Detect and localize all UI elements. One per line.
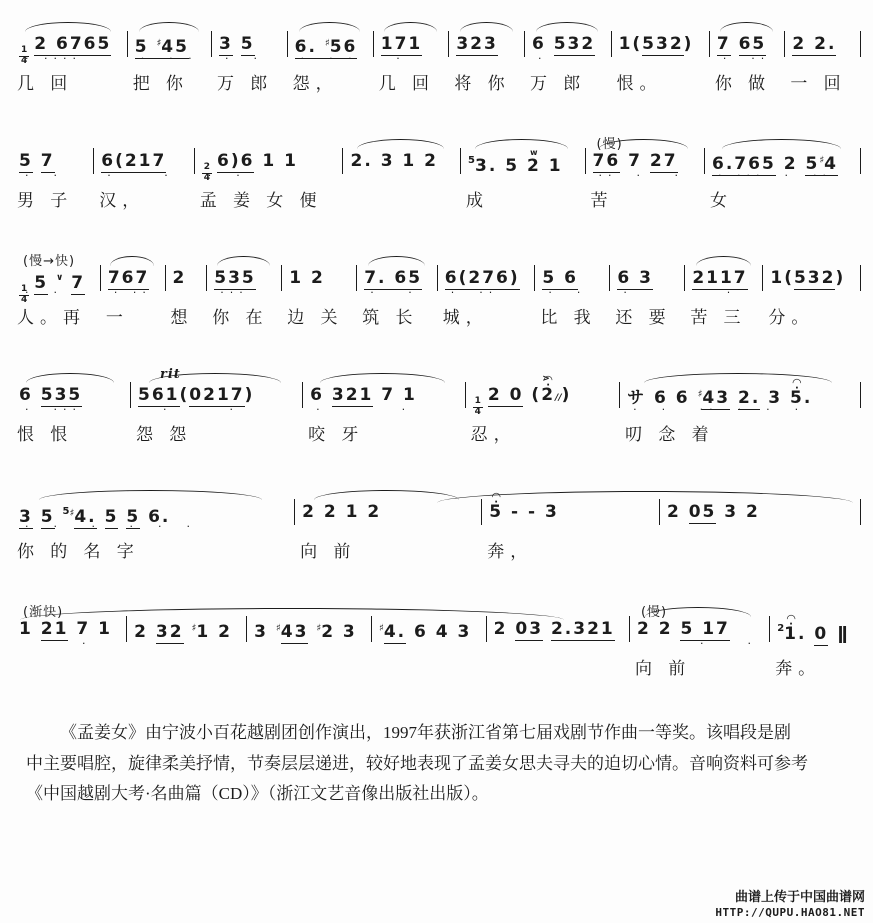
- tempo-annotation: [540, 250, 604, 266]
- sharp-sign: ♯: [192, 623, 197, 634]
- measure-notes: 7. 65: [362, 266, 432, 290]
- measure: 6 3·还 要: [610, 250, 684, 327]
- measure: 2 2 1 2向 前: [295, 484, 481, 561]
- lyric-text: 奔，: [487, 537, 654, 561]
- octave-dots: [348, 173, 455, 182]
- lyric-text: 筑 长: [362, 303, 432, 327]
- octave-dots: [471, 407, 615, 416]
- tempo-annotation: [768, 250, 855, 266]
- lyric-text: 将 你: [454, 69, 519, 93]
- lyric-text: 你 的 名 字: [17, 537, 289, 561]
- octave-dots: · ·: [217, 56, 282, 65]
- octave-dots: · ··: [443, 290, 530, 299]
- measure-notes: 3 5: [217, 32, 282, 56]
- measure: 3 5 5♯4. 5 5 6.· · · · · ·你 的 名 字: [12, 484, 294, 561]
- measure: 5 7· ·男 子: [12, 133, 93, 210]
- score-line: (渐快)1 21 7 1 ·2 32 ♯1 23 ♯43 ♯2 3♯4. 6 4…: [12, 601, 861, 678]
- octave-dots: [171, 290, 202, 299]
- lyric-text: 一 回: [790, 69, 855, 93]
- lyric-text: 怨 怨: [136, 420, 297, 444]
- lyric-text: 苦: [591, 186, 699, 210]
- tempo-annotation: [171, 250, 202, 266]
- sharp-sign: ♯: [156, 38, 161, 49]
- tempo-annotation: [492, 601, 624, 617]
- lyric-text: 汉，: [99, 186, 188, 210]
- tempo-annotation: [443, 250, 530, 266]
- octave-dots: [287, 290, 351, 299]
- lyric-text: 恨。: [617, 69, 704, 93]
- lyric-text: 向 前: [635, 654, 764, 678]
- octave-dots: [252, 641, 366, 650]
- lyric-text: 几 回: [379, 69, 444, 93]
- lyric-text: [17, 654, 121, 678]
- octave-dots: [665, 524, 855, 533]
- measure-notes: 2117: [690, 266, 757, 290]
- lyric-text: [132, 654, 241, 678]
- measure: 6(217· ·汉，: [94, 133, 193, 210]
- measure-notes: 767: [106, 266, 160, 290]
- measure-notes: 2: [171, 266, 202, 290]
- measure-notes: 145 ∨ 7: [17, 266, 95, 290]
- barline: [860, 31, 861, 57]
- measure: 2117 ·苦 三: [685, 250, 762, 327]
- sharp-sign: ♯: [316, 623, 321, 634]
- measure-notes: 6 535: [17, 383, 125, 407]
- note-with-ornament: 5: [489, 500, 503, 524]
- lyric-text: 一: [106, 303, 160, 327]
- tempo-annotation: [17, 133, 88, 149]
- note-with-ornament: 1: [784, 622, 798, 646]
- octave-dots: · ··: [106, 290, 160, 299]
- lyric-text: 分。: [768, 303, 855, 327]
- score-line: 5 7· ·男 子6(217· ·汉，246)6 1 1· ·孟 姜 女 便2.…: [12, 133, 861, 210]
- measure: 171 · 几 回: [374, 16, 449, 93]
- measure-notes: 1 2: [287, 266, 351, 290]
- lyric-text: [348, 186, 455, 210]
- score-line: 6 535· ···恨 恨rit561(0217) · ·怨 怨6 321 7 …: [12, 367, 861, 444]
- note-with-ornament: 5: [790, 386, 804, 410]
- measure-notes: ♯4. 6 4 3: [377, 617, 481, 641]
- measure: 1 2边 关: [282, 250, 356, 327]
- octave-dots: · ·: [200, 173, 338, 182]
- measure-notes: 5 7: [17, 149, 88, 173]
- tempo-annotation: [617, 16, 704, 32]
- measure: 5 ♯45· · ·把 你: [128, 16, 211, 93]
- measure: (慢)76 7 27·· · ·苦: [586, 133, 704, 210]
- description-line: 《孟姜女》由宁波小百花越剧团创作演出，1997年获浙江省第七届戏剧节作曲一等奖。…: [26, 718, 847, 749]
- lyric-text: 向 前: [300, 537, 476, 561]
- tempo-annotation: [665, 484, 855, 500]
- measure-notes: 5 - - 3: [487, 500, 654, 524]
- octave-dots: ···: [212, 290, 276, 299]
- measure-notes: 1(532): [617, 32, 704, 56]
- tempo-annotation: [615, 250, 679, 266]
- octave-dots: ·: [530, 56, 606, 65]
- measure: 142 0 (>2∕∕)忍，: [466, 367, 620, 444]
- lyric-text: 几 回: [17, 69, 122, 93]
- lyric-text: [252, 654, 366, 678]
- octave-dots: ·: [690, 290, 757, 299]
- measure-notes: 6(217: [99, 149, 188, 173]
- lyric-text: 比 我: [540, 303, 604, 327]
- measure-notes: 3 ♯43 ♯2 3: [252, 617, 366, 641]
- score-area: 142 6765· ····几 回5 ♯45· · ·把 你3 5· ·万 郎6…: [0, 0, 873, 678]
- octave-dots: · ····: [17, 56, 122, 65]
- sharp-sign: ♯: [819, 155, 824, 166]
- octave-dots: [454, 56, 519, 65]
- lyric-text: 人。再: [17, 303, 95, 327]
- final-barline: ‖: [836, 622, 849, 646]
- measure: (慢)2 2 5 17 · ·向 前: [630, 601, 769, 678]
- measure-notes: 2 32 ♯1 2: [132, 617, 241, 641]
- measure: 2想: [166, 250, 207, 327]
- measure: 3 5· ·万 郎: [212, 16, 287, 93]
- sharp-sign: ♯: [325, 38, 330, 49]
- measure-notes: 1 21 7 1: [17, 617, 121, 641]
- octave-dots: ·· · ·: [591, 173, 699, 182]
- breath-mark: ∨: [56, 273, 63, 283]
- measure: 6 321 7 1· ·咬 牙: [303, 367, 465, 444]
- measure-notes: 246)6 1 1: [200, 149, 338, 173]
- measure-notes: 1(532): [768, 266, 855, 290]
- tempo-annotation: (渐快): [17, 601, 121, 617]
- measure: 6.765 2 5♯4· ··· · ··女: [705, 133, 860, 210]
- octave-dots: · ·: [362, 290, 432, 299]
- lyric-text: [377, 654, 481, 678]
- measure-notes: サ 6 6 ♯43 2. 3 5.: [625, 383, 855, 407]
- octave-dots: [492, 641, 624, 650]
- description-paragraph: 《孟姜女》由宁波小百花越剧团创作演出，1997年获浙江省第七届戏剧节作曲一等奖。…: [26, 718, 847, 810]
- tempo-annotation: [487, 484, 654, 500]
- measure: 7 65· ··你 做: [710, 16, 785, 93]
- tempo-annotation: [287, 250, 351, 266]
- measure: 3 ♯43 ♯2 3: [247, 601, 371, 678]
- octave-dots: ·: [615, 290, 679, 299]
- measure: 21. 0‖奔。: [770, 601, 861, 678]
- lyric-text: 万 郎: [530, 69, 606, 93]
- measure-notes: 2. 3 1 2: [348, 149, 455, 173]
- measure-notes: 5 6: [540, 266, 604, 290]
- measure: 53. 5 2 1成: [461, 133, 585, 210]
- score-line: 142 6765· ····几 回5 ♯45· · ·把 你3 5· ·万 郎6…: [12, 16, 861, 93]
- lyric-text: 你 做: [715, 69, 780, 93]
- description-line: 中主要唱腔，旋律柔美抒情，节奏层层递进，较好地表现了孟姜女思夫寻夫的迫切心情。音…: [26, 749, 847, 780]
- lyric-text: 还 要: [615, 303, 679, 327]
- measure: 323将 你: [449, 16, 524, 93]
- time-signature: 14: [473, 397, 483, 417]
- measure-notes: 6(276): [443, 266, 530, 290]
- measure-notes: 2 05 3 2: [665, 500, 855, 524]
- measure-notes: 2 2 5 17: [635, 617, 764, 641]
- measure: 2 2.一 回: [785, 16, 860, 93]
- lyric-text: 想: [171, 303, 202, 327]
- lyric-text: 把 你: [133, 69, 206, 93]
- measure-notes: 171: [379, 32, 444, 56]
- measure-notes: 76 7 27: [591, 149, 699, 173]
- note-with-ornament: 2: [541, 383, 555, 407]
- measure: (慢→快)145 ∨ 7· ·人。再: [12, 250, 100, 327]
- octave-dots: · ·: [99, 173, 188, 182]
- description-line: 《中国越剧大考·名曲篇（CD）》（浙江文艺音像出版社出版）。: [26, 779, 847, 810]
- measure: 2 32 ♯1 2: [127, 601, 246, 678]
- octave-dots: ·: [17, 641, 121, 650]
- measure: 7. 65· ·筑 长: [357, 250, 437, 327]
- measure: 5 6· ·比 我: [535, 250, 609, 327]
- lyric-text: 奔。: [775, 654, 856, 678]
- barline: [860, 499, 861, 525]
- octave-dots: ·: [379, 56, 444, 65]
- measure-notes: 21. 0‖: [775, 617, 856, 641]
- lyric-text: 叨 念 着: [625, 420, 855, 444]
- octave-dots: · ···: [17, 407, 125, 416]
- time-signature: 14: [19, 46, 29, 66]
- measure-notes: 5 ♯45: [133, 32, 206, 56]
- measure-notes: 7 65: [715, 32, 780, 56]
- tremolo-slashes: ∕∕: [555, 393, 562, 403]
- lyric-text: 恨 恨: [17, 420, 125, 444]
- score-line: 3 5 5♯4. 5 5 6.· · · · · ·你 的 名 字2 2 1 2…: [12, 484, 861, 561]
- octave-dots: [790, 56, 855, 65]
- measure-notes: 2 2.: [790, 32, 855, 56]
- tempo-annotation: [252, 601, 366, 617]
- measure: ♯4. 6 4 3: [372, 601, 486, 678]
- lyric-text: 苦 三: [690, 303, 757, 327]
- measure-notes: 6.765 2 5♯4: [710, 149, 855, 173]
- measure-notes: 142 6765: [17, 32, 122, 56]
- tempo-annotation: [377, 601, 481, 617]
- measure: 246)6 1 1· ·孟 姜 女 便: [195, 133, 343, 210]
- measure-notes: 6 321 7 1: [308, 383, 460, 407]
- measure: 1(532)分。: [763, 250, 860, 327]
- measure: 2. 3 1 2: [343, 133, 460, 210]
- tempo-annotation: [132, 601, 241, 617]
- measure-notes: 53. 5 2 1: [466, 149, 580, 173]
- grace-note: 2: [777, 623, 784, 634]
- tempo-annotation: [217, 16, 282, 32]
- measure: (渐快)1 21 7 1 ·: [12, 601, 126, 678]
- measure: rit561(0217) · ·怨 怨: [131, 367, 302, 444]
- tempo-annotation: [790, 16, 855, 32]
- watermark: 曲谱上传于中国曲谱网 HTTP://QUPU.HAO81.NET: [715, 890, 865, 920]
- sheet-music-page: 142 6765· ····几 回5 ♯45· · ·把 你3 5· ·万 郎6…: [0, 0, 873, 923]
- octave-dots: · ··: [715, 56, 780, 65]
- measure-notes: 535: [212, 266, 276, 290]
- octave-dots: [132, 641, 241, 650]
- measure: 6 535· ···恨 恨: [12, 367, 130, 444]
- watermark-site-name: 曲谱上传于中国曲谱网: [715, 890, 865, 906]
- lyric-text: 女: [710, 186, 855, 210]
- octave-dots: [487, 524, 654, 533]
- barline: [860, 265, 861, 291]
- grace-note: 5: [468, 155, 475, 166]
- note-with-ornament: 2: [527, 154, 541, 178]
- score-line: (慢→快)145 ∨ 7· ·人。再767· ··一2想535···你 在1 2…: [12, 250, 861, 327]
- tempo-annotation: [200, 133, 338, 149]
- measure-notes: 2 2 1 2: [300, 500, 476, 524]
- octave-dots: [768, 290, 855, 299]
- measure-notes: 6. ♯56: [293, 32, 368, 56]
- octave-dots: · ·: [635, 641, 764, 650]
- octave-dots: [300, 524, 476, 533]
- measure-notes: 323: [454, 32, 519, 56]
- watermark-url: HTTP://QUPU.HAO81.NET: [715, 906, 865, 920]
- tempo-annotation: (慢→快): [17, 250, 95, 266]
- measure-notes: 3 5 5♯4. 5 5 6.: [17, 500, 289, 524]
- barline: [860, 148, 861, 174]
- measure: サ 6 6 ♯43 2. 3 5.· · ·· · · ·叨 念 着: [620, 367, 860, 444]
- octave-dots: [617, 56, 704, 65]
- barline: [860, 382, 861, 408]
- measure: 142 6765· ····几 回: [12, 16, 127, 93]
- lyric-text: 咬 牙: [308, 420, 460, 444]
- lyric-text: 孟 姜 女 便: [200, 186, 338, 210]
- measure: 2 05 3 2: [660, 484, 860, 561]
- time-signature: 14: [19, 285, 29, 305]
- lyric-text: 城，: [443, 303, 530, 327]
- octave-dots: · ·: [308, 407, 460, 416]
- lyric-text: 万 郎: [217, 69, 282, 93]
- lyric-text: [492, 654, 624, 678]
- measure-notes: 6 3: [615, 266, 679, 290]
- lyric-text: 你 在: [212, 303, 276, 327]
- measure: 5 - - 3奔，: [482, 484, 659, 561]
- measure: 6(276)· ··城，: [438, 250, 535, 327]
- grace-note: 5: [63, 506, 70, 517]
- lyric-text: 怨，: [293, 69, 368, 93]
- measure: 535···你 在: [207, 250, 281, 327]
- measure: 767· ··一: [101, 250, 165, 327]
- tempo-annotation: [99, 133, 188, 149]
- lyric-text: [665, 537, 855, 561]
- lyric-text: 边 关: [287, 303, 351, 327]
- octave-dots: · ·: [17, 173, 88, 182]
- lyric-text: 成: [466, 186, 580, 210]
- time-signature: 24: [202, 163, 212, 183]
- lyric-text: 忍，: [471, 420, 615, 444]
- octave-dots: · ·: [540, 290, 604, 299]
- octave-dots: · ·: [136, 407, 297, 416]
- measure: 6 532·万 郎: [525, 16, 611, 93]
- lyric-text: 男 子: [17, 186, 88, 210]
- measure-notes: 2 03 2.321: [492, 617, 624, 641]
- measure: 6. ♯56· · ·怨，: [288, 16, 373, 93]
- measure: 2 03 2.321: [487, 601, 629, 678]
- measure-notes: 142 0 (>2∕∕): [471, 383, 615, 407]
- measure-notes: 561(0217): [136, 383, 297, 407]
- measure-notes: 6 532: [530, 32, 606, 56]
- measure: 1(532)恨。: [612, 16, 709, 93]
